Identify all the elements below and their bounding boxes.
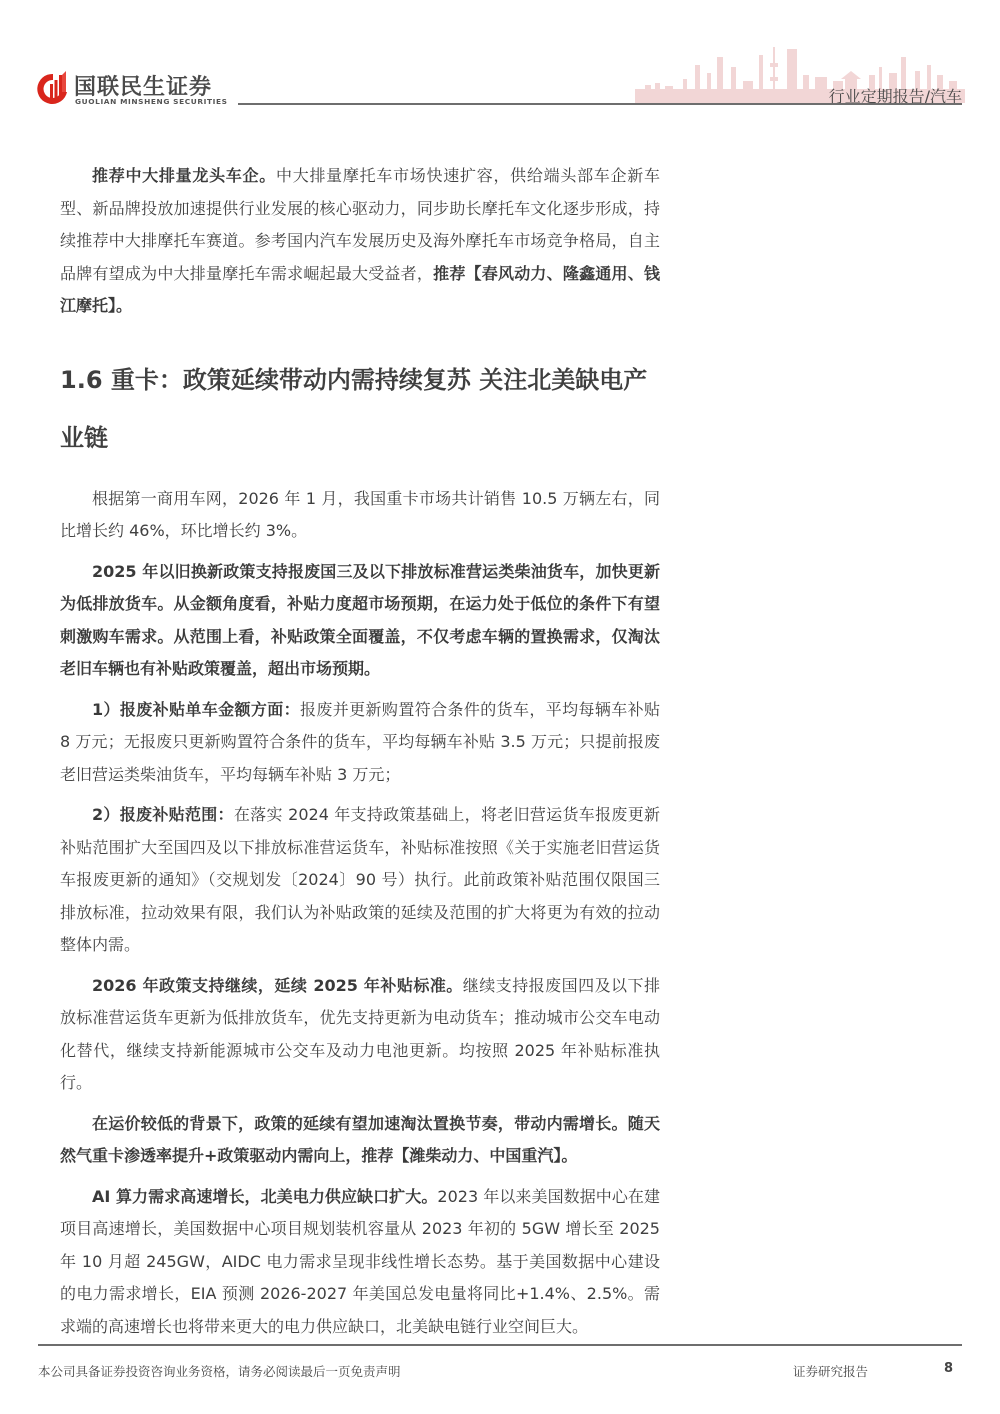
- paragraph-lead: 2025 年以旧换新政策支持报废国三及以下排放标准营运类柴油货车，加快更新为低排…: [60, 562, 660, 679]
- page-header: 国联民生证券 GUOLIAN MINSHENG SECURITIES: [0, 0, 1000, 110]
- footer-report-type: 证券研究报告: [793, 1362, 868, 1380]
- paragraph-lead: 推荐中大排量龙头车企。: [92, 166, 276, 185]
- paragraph-ai-power: AI 算力需求高速增长，北美电力供应缺口扩大。2023 年以来美国数据中心在建项…: [60, 1181, 660, 1344]
- logo-mark-icon: [36, 70, 70, 106]
- paragraph-lead: 2026 年政策支持继续，延续 2025 年补贴标准。: [92, 976, 463, 995]
- header-divider: [238, 103, 962, 105]
- footer-divider: [38, 1344, 962, 1346]
- paragraph-lead: 在运价较低的背景下，政策的延续有望加速淘汰置换节奏，带动内需增长。随天然气重卡渗…: [60, 1114, 660, 1166]
- section-title: 1.6 重卡：政策延续带动内需持续复苏 关注北美缺电产业链: [60, 351, 660, 467]
- footer-disclaimer: 本公司具备证券投资咨询业务资格，请务必阅读最后一页免责声明: [38, 1362, 401, 1380]
- paragraph-policy-2026: 2026 年政策支持继续，延续 2025 年补贴标准。继续支持报废国四及以下排放…: [60, 970, 660, 1100]
- page-number: 8: [944, 1361, 953, 1376]
- logo-name-en: GUOLIAN MINSHENG SECURITIES: [75, 97, 228, 106]
- paragraph-text: 2023 年以来美国数据中心在建项目高速增长，美国数据中心项目规划装机容量从 2…: [60, 1187, 660, 1336]
- paragraph-subsidy-scope: 2）报废补贴范围：在落实 2024 年支持政策基础上，将老旧营运货车报废更新补贴…: [60, 799, 660, 962]
- document-body: 推荐中大排量龙头车企。中大排量摩托车市场快速扩容，供给端头部车企新车型、新品牌投…: [60, 160, 660, 1351]
- paragraph-sales-data: 根据第一商用车网，2026 年 1 月，我国重卡市场共计销售 10.5 万辆左右…: [60, 483, 660, 548]
- paragraph-lead: 2）报废补贴范围：: [92, 805, 234, 824]
- paragraph-motorcycle-recommendation: 推荐中大排量龙头车企。中大排量摩托车市场快速扩容，供给端头部车企新车型、新品牌投…: [60, 160, 660, 323]
- paragraph-text: 根据第一商用车网，2026 年 1 月，我国重卡市场共计销售 10.5 万辆左右…: [60, 489, 660, 541]
- paragraph-lead: AI 算力需求高速增长，北美电力供应缺口扩大。: [92, 1187, 437, 1206]
- paragraph-lead: 1）报废补贴单车金额方面：: [92, 700, 300, 719]
- paragraph-text: 在落实 2024 年支持政策基础上，将老旧营运货车报废更新补贴范围扩大至国四及以…: [60, 805, 660, 954]
- paragraph-truck-recommendation: 在运价较低的背景下，政策的延续有望加速淘汰置换节奏，带动内需增长。随天然气重卡渗…: [60, 1108, 660, 1173]
- company-logo: 国联民生证券 GUOLIAN MINSHENG SECURITIES: [36, 70, 236, 110]
- paragraph-policy-2025: 2025 年以旧换新政策支持报废国三及以下排放标准营运类柴油货车，加快更新为低排…: [60, 556, 660, 686]
- paragraph-subsidy-amount: 1）报废补贴单车金额方面：报废并更新购置符合条件的货车，平均每辆车补贴 8 万元…: [60, 694, 660, 792]
